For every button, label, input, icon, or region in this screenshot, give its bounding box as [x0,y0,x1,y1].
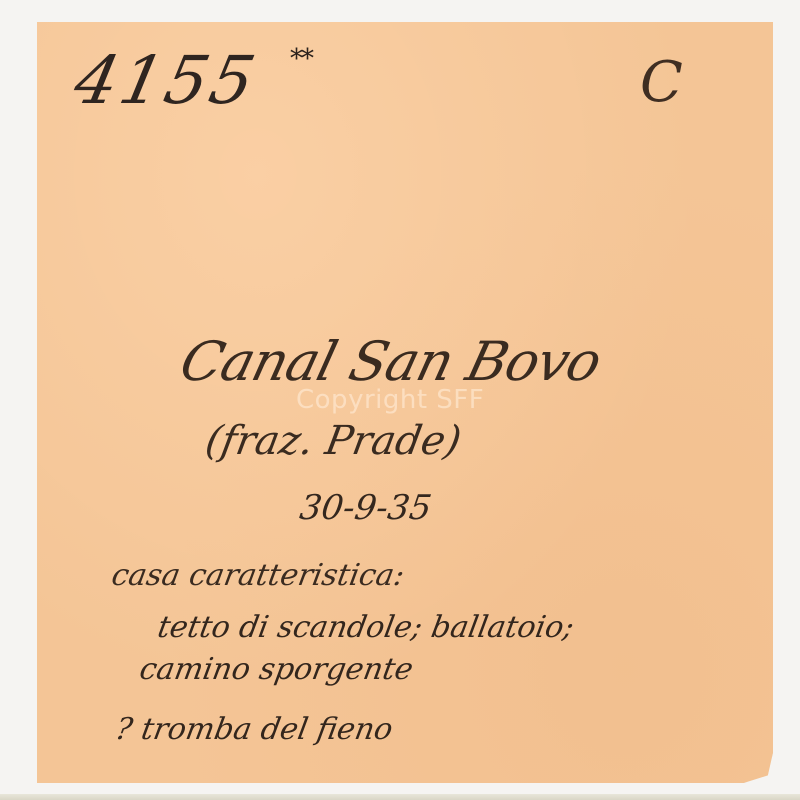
date: 30-9-35 [297,488,434,528]
catalog-number: 4155 [68,42,264,119]
star-marks: ** [290,44,312,74]
scan-stage: 4155 ** C Canal San Bovo (fraz. Prade) 3… [0,0,800,800]
scan-edge-strip [0,794,800,800]
fraction-name: (fraz. Prade) [202,418,465,464]
description-line: camino sporgente [137,652,416,687]
copyright-watermark: Copyright SFF [296,385,484,415]
description-line: tetto di scandole; ballatoio; [155,610,577,645]
category-letter: C [640,50,683,115]
description-heading: casa caratteristica: [109,558,407,593]
description-line: ? tromba del fieno [113,712,396,747]
place-name: Canal San Bovo [174,330,607,393]
